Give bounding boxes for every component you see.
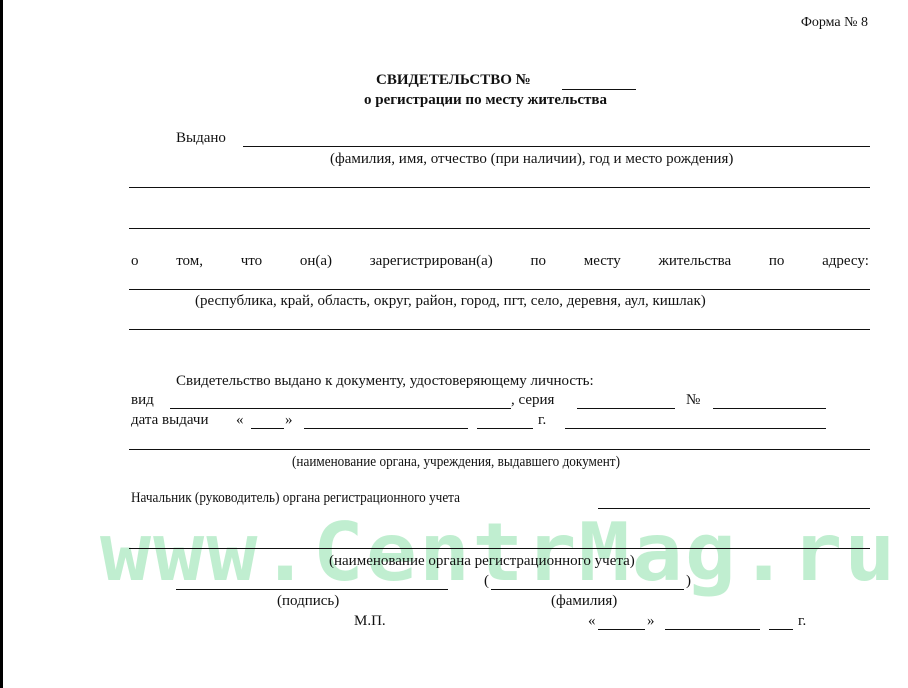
authority-name-field[interactable] (129, 548, 870, 549)
issuer-field[interactable] (565, 428, 826, 429)
sign-date-close-quote: » (647, 614, 655, 629)
issue-day-field[interactable] (251, 428, 284, 429)
issued-hint: (фамилия, имя, отчество (при наличии), г… (330, 152, 733, 167)
sign-date-open-quote: « (588, 614, 596, 629)
sign-month-field[interactable] (665, 629, 760, 630)
doc-type-field[interactable] (170, 408, 511, 409)
issue-year-field[interactable] (477, 428, 533, 429)
issuer-field-line-2[interactable] (129, 449, 870, 450)
word: по (769, 254, 785, 269)
word: адресу: (822, 254, 869, 269)
sign-year-suffix: г. (798, 614, 806, 629)
surname-close-paren: ) (686, 574, 691, 589)
word: жительства (658, 254, 731, 269)
issued-to-field[interactable] (243, 146, 870, 147)
issue-date-close-quote: » (285, 413, 293, 428)
certificate-title: СВИДЕТЕЛЬСТВО № (376, 73, 531, 88)
sign-day-field[interactable] (598, 629, 645, 630)
certificate-number-field[interactable] (562, 89, 636, 90)
registration-sentence: о том, что он(а) зарегистрирован(а) по м… (131, 254, 869, 269)
signature-hint: (подпись) (277, 594, 339, 609)
issue-date-open-quote: « (236, 413, 244, 428)
address-field-line-2[interactable] (129, 329, 870, 330)
word: зарегистрирован(а) (370, 254, 493, 269)
issue-month-field[interactable] (304, 428, 468, 429)
doc-number-field[interactable] (713, 408, 826, 409)
doc-type-label: вид (131, 393, 154, 408)
form-number-label: Форма № 8 (801, 16, 868, 30)
surname-field[interactable] (491, 589, 684, 590)
word: по (531, 254, 547, 269)
address-hint: (республика, край, область, округ, район… (195, 294, 706, 309)
issued-to-field-line-2[interactable] (129, 187, 870, 188)
issuer-hint: (наименование органа, учреждения, выдавш… (292, 455, 620, 470)
doc-number-label: № (686, 393, 700, 408)
word: о (131, 254, 139, 269)
doc-series-label: , серия (511, 393, 554, 408)
word: том, (176, 254, 203, 269)
certificate-subtitle: о регистрации по месту жительства (364, 93, 607, 108)
stamp-label: М.П. (354, 614, 386, 629)
word: что (241, 254, 262, 269)
issue-year-suffix: г. (538, 413, 546, 428)
sign-year-field[interactable] (769, 629, 793, 630)
address-field[interactable] (129, 289, 870, 290)
authority-head-field[interactable] (598, 508, 870, 509)
word: месту (584, 254, 621, 269)
signature-field[interactable] (176, 589, 448, 590)
issued-to-field-line-3[interactable] (129, 228, 870, 229)
doc-series-field[interactable] (577, 408, 675, 409)
surname-open-paren: ( (484, 574, 489, 589)
issue-date-label: дата выдачи (131, 413, 208, 428)
surname-hint: (фамилия) (551, 594, 617, 609)
authority-head-label: Начальник (руководитель) органа регистра… (131, 491, 460, 506)
authority-name-hint: (наименование органа регистрационного уч… (329, 554, 635, 569)
word: он(а) (300, 254, 332, 269)
identity-doc-intro: Свидетельство выдано к документу, удосто… (176, 374, 594, 389)
issued-label: Выдано (176, 131, 226, 146)
registration-certificate-form: Форма № 8 СВИДЕТЕЛЬСТВО № о регистрации … (0, 0, 908, 688)
